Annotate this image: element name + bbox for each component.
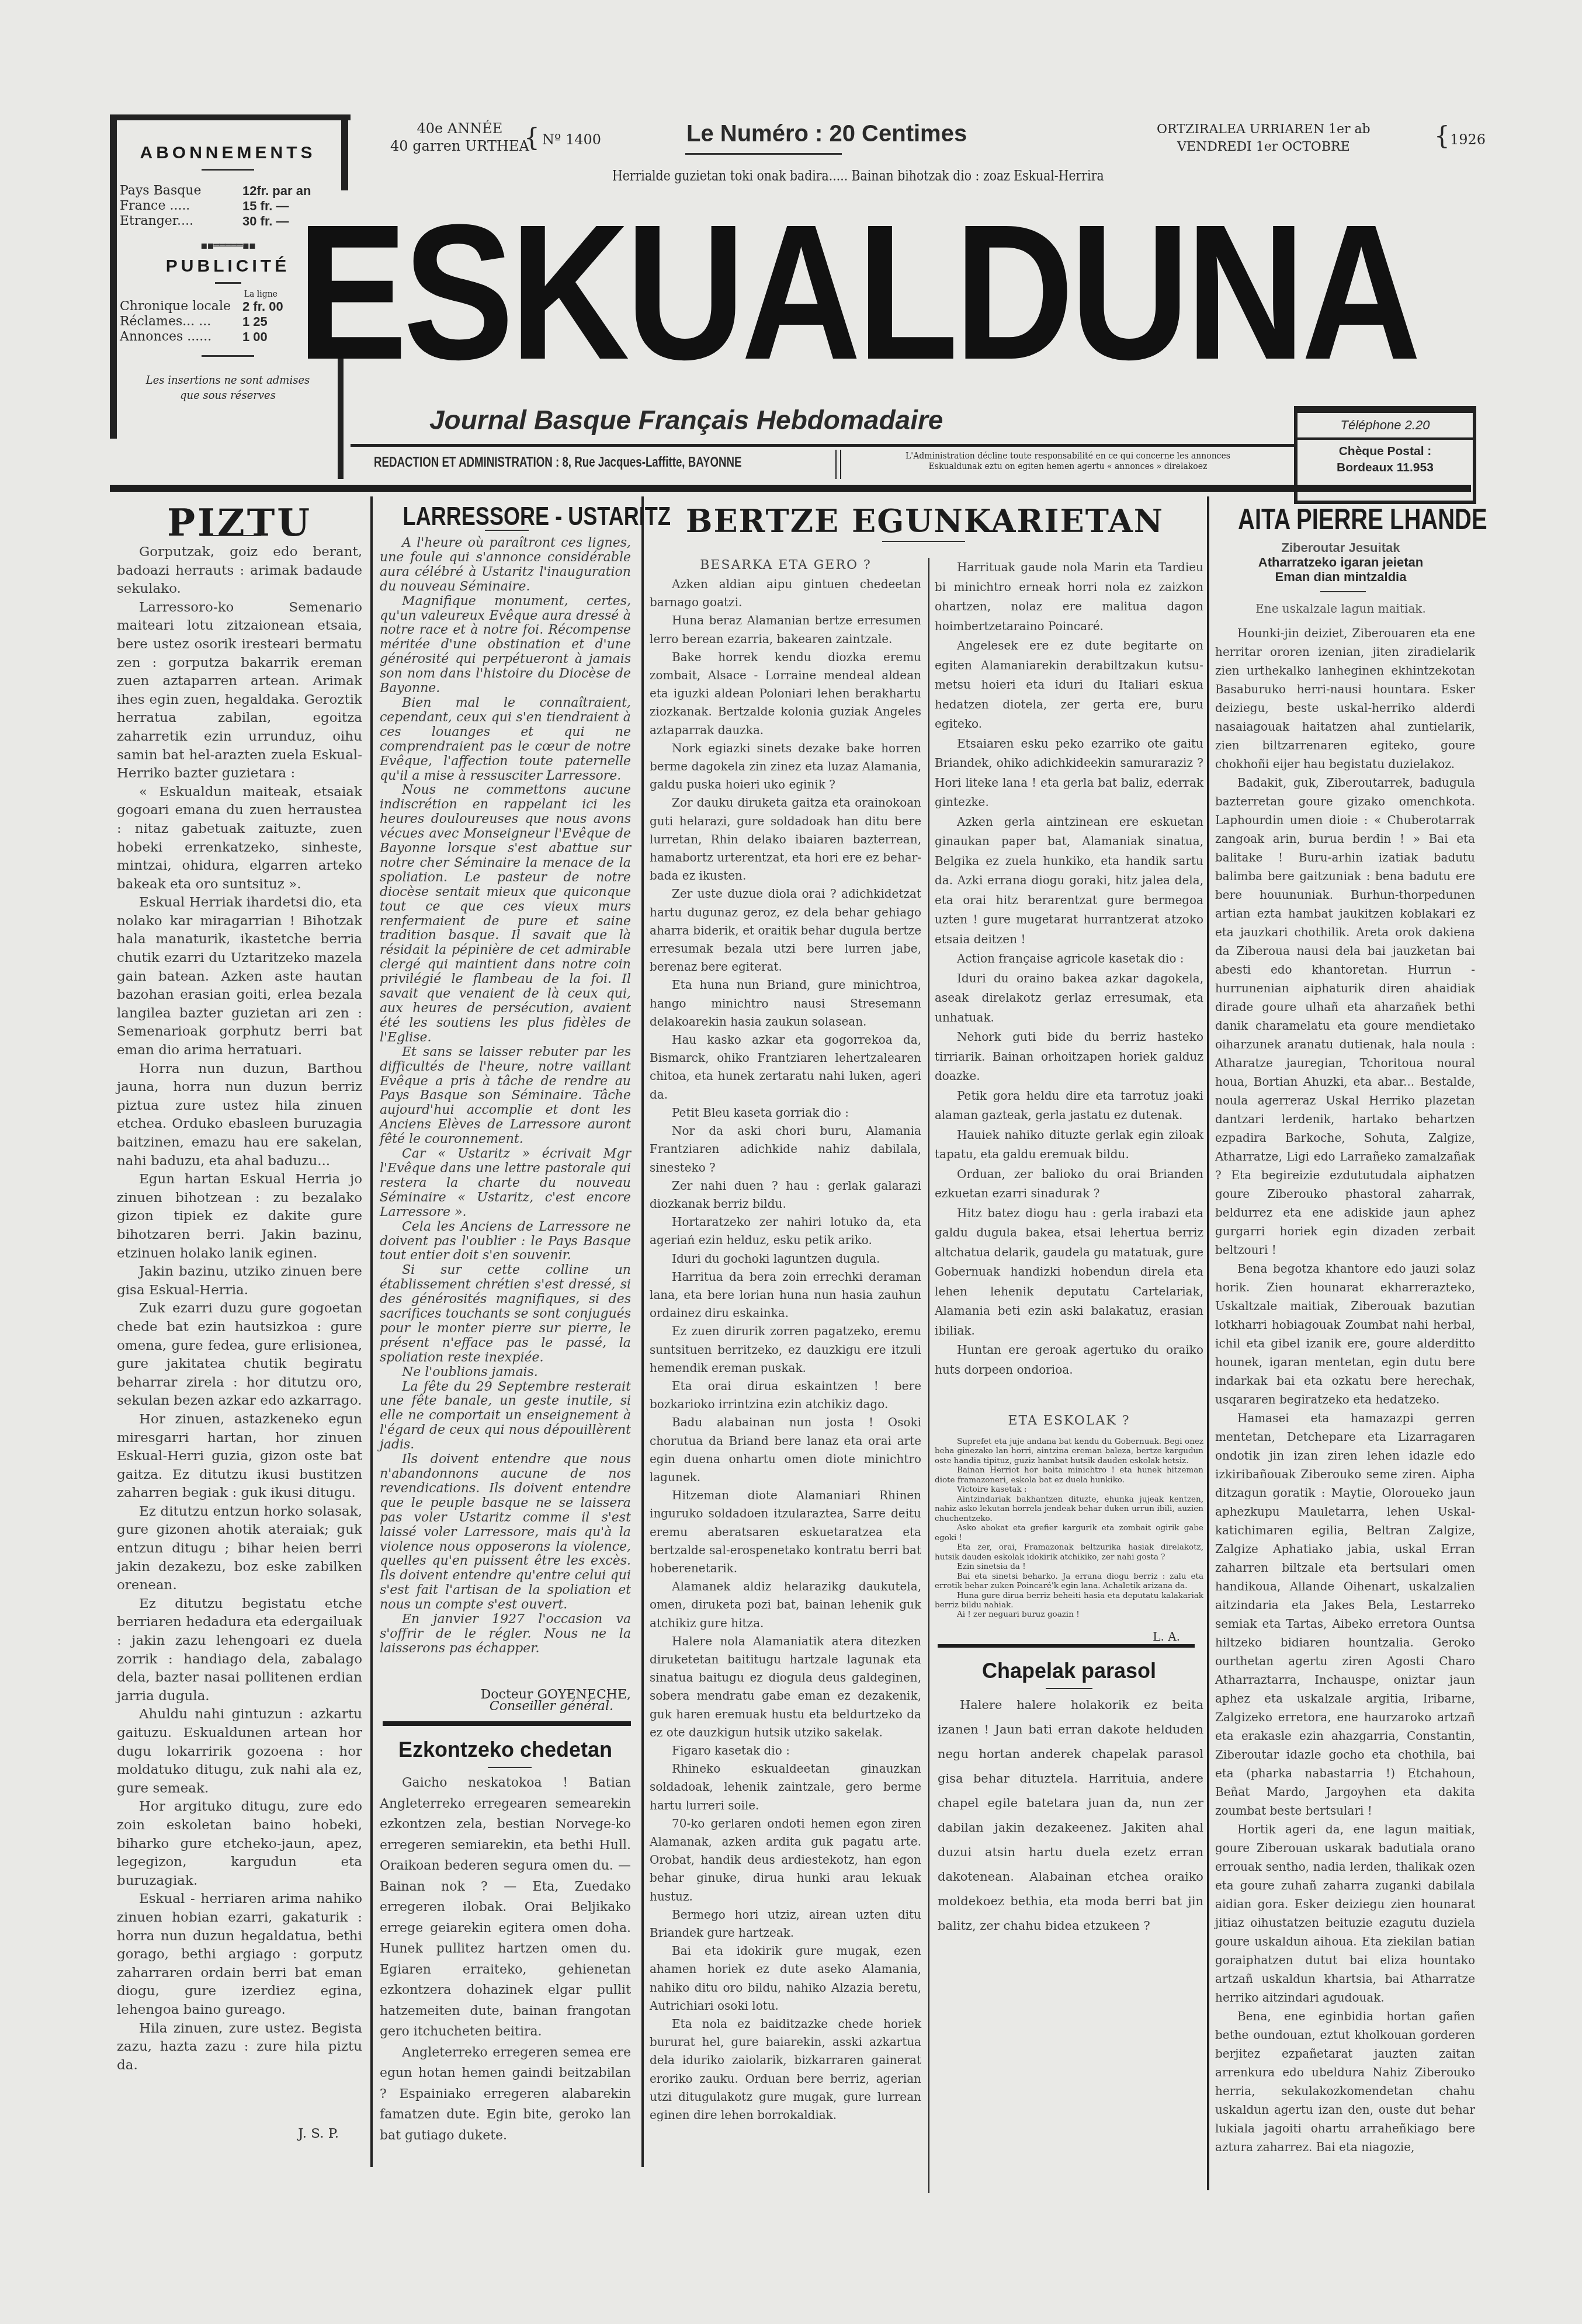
article-body-lhande: Hounki-jin deiziet, Ziberouaren eta ene … <box>1215 624 1475 2156</box>
cheque-value: Bordeaux 11.953 <box>1297 460 1473 476</box>
section-rule <box>383 1721 631 1726</box>
paragraph: Si sur cette colline un établissement ch… <box>380 1263 631 1365</box>
divider <box>1320 591 1366 592</box>
paragraph: Zuk ezarri duzu gure gogoetan chede bat … <box>117 1300 362 1411</box>
paragraph: Orduan, zer balioko du orai Brianden ezk… <box>935 1165 1203 1204</box>
paragraph: Gorputzak, goiz edo berant, badoazi herr… <box>117 543 362 599</box>
price: Le Numéro : 20 Centimes <box>686 121 967 147</box>
paragraph: Rhineko eskualdeetan ginauzkan soldadoak… <box>650 1760 921 1815</box>
paragraph: Azken gerla aintzinean ere eskuetan gina… <box>935 812 1203 950</box>
paragraph: Ne l'oublions jamais. <box>380 1366 631 1380</box>
paragraph: Badakit, guk, Ziberoutarrek, badugula ba… <box>1215 773 1475 1259</box>
article-body-eskolak: Suprefet eta juje andana bat kendu du Go… <box>935 1437 1203 1620</box>
divider <box>202 355 254 357</box>
paragraph: Petit Bleu kaseta gorriak dio : <box>650 1104 921 1122</box>
rate-price: 1 00 <box>242 329 268 345</box>
rate-label: Réclames... ... <box>120 314 237 329</box>
paragraph: Bake horrek kendu diozka eremu zombait, … <box>650 648 921 739</box>
paragraph: Bermego hori utziz, airean uzten ditu Br… <box>650 1906 921 1942</box>
column-rule <box>641 496 644 2167</box>
signature-piztu: J. S. P. <box>117 2126 339 2141</box>
telephone: Téléphone 2.20 <box>1297 413 1473 440</box>
postal-cheque: Chèque Postal : Bordeaux 11.953 <box>1297 440 1473 476</box>
paragraph: Aintzindariak bakhantzen dituzte, ehunka… <box>935 1495 1203 1523</box>
section-eskolak: ETA ESKOLAK ? <box>935 1413 1203 1428</box>
paragraph: Hitzeman diote Alamaniari Rhinen inguruk… <box>650 1486 921 1578</box>
rate-label: Pays Basque <box>120 183 237 199</box>
rate-label: France ..... <box>120 199 237 214</box>
paragraph: Eskual Herriak ihardetsi dio, eta nolako… <box>117 894 362 1059</box>
divider <box>200 535 261 536</box>
paragraph: Asko abokat eta grefier kargurik eta zom… <box>935 1523 1203 1543</box>
signature-title: Conseiller général. <box>380 1701 631 1712</box>
article-title-piztu: PIZTU <box>111 501 368 545</box>
brace: { <box>524 121 540 154</box>
paragraph: Ezin sinetsia da ! <box>935 1562 1203 1571</box>
article-body-piztu: Gorputzak, goiz edo berant, badoazi herr… <box>117 543 362 2075</box>
disclaimer: L'Administration décline toute responsab… <box>846 451 1290 472</box>
paragraph: Bai eta sinetsi beharko. Ja errana diogu… <box>935 1572 1203 1591</box>
paragraph: Huna gure dirua berriz beheiti hasia eta… <box>935 1591 1203 1610</box>
article-title-bertze: BERTZE EGUNKARIETAN <box>647 502 1202 540</box>
year-fr: 40e ANNÉE <box>390 120 529 137</box>
paragraph: Ez zuen dirurik zorren pagatzeko, eremu … <box>650 1322 921 1377</box>
paragraph: 70-ko gerlaren ondoti hemen egon ziren A… <box>650 1815 921 1906</box>
paragraph: Eta orai dirua eskaintzen ! bere bozkari… <box>650 1377 921 1413</box>
rate-label: Annonces ...... <box>120 329 237 345</box>
paragraph: Harrituak gaude nola Marin eta Tardieu b… <box>935 558 1203 636</box>
paragraph: Azken aldian aipu gintuen chedeetan barn… <box>650 575 921 612</box>
divider <box>485 530 529 531</box>
paragraph: Nor da aski chori buru, Alamania Frantzi… <box>650 1122 921 1177</box>
paragraph: Et sans se laisser rebuter par les diffi… <box>380 1045 631 1147</box>
paragraph: Etsaiaren esku peko ezarriko ote gaitu B… <box>935 734 1203 812</box>
subtitle-line: Atharratzeko igaran jeietan <box>1212 555 1469 569</box>
disclaimer-fr: L'Administration décline toute responsab… <box>846 451 1290 461</box>
paragraph: Angelesek ere ez dute begitarte on egite… <box>935 636 1203 734</box>
paragraph: Nous ne commettons aucune indiscrétion e… <box>380 783 631 1045</box>
paragraph: Ils doivent entendre que nous n'abandonn… <box>380 1453 631 1613</box>
salutation: Ene uskalzale lagun maitiak. <box>1212 602 1469 616</box>
paragraph: Figaro kasetak dio : <box>650 1742 921 1760</box>
insertions-note: Les insertions ne sont admises que sous … <box>143 373 313 404</box>
divider <box>215 282 241 284</box>
paragraph: Hamasei eta hamazazpi gerren mentetan, D… <box>1215 1409 1475 1820</box>
paragraph: Halere halere holakorik ez beita izanen … <box>938 1693 1203 1938</box>
paragraph: Magnifique monument, certes, qu'un valeu… <box>380 595 631 696</box>
rate-label: Chronique locale <box>120 299 237 314</box>
paragraph: Horra nun duzun, Barthou jauna, horra nu… <box>117 1060 362 1171</box>
rate-label: Etranger.... <box>120 214 237 229</box>
paragraph: Eta nola ez baiditzazke chede horiek bur… <box>650 2015 921 2124</box>
year-eu: 40 garren URTHEA <box>390 137 529 155</box>
cheque-label: Chèque Postal : <box>1297 443 1473 460</box>
article-title-ezkontzeko: Ezkontzeko chedetan <box>380 1738 631 1762</box>
masthead-bottom-rule <box>110 485 1471 492</box>
paragraph: Bena, ene eginbidia hortan gañen bethe o… <box>1215 2007 1475 2156</box>
issue-number: Nº 1400 <box>542 131 601 148</box>
divider <box>202 169 254 171</box>
article-body-bertze-col1: Azken aldian aipu gintuen chedeetan barn… <box>650 575 921 2124</box>
newspaper-subtitle: Journal Basque Français Hebdomadaire <box>429 404 943 436</box>
paragraph: Zer uste duzue diola orai ? adichkidetza… <box>650 885 921 976</box>
paragraph: Bien mal le connaîtraient, cependant, ce… <box>380 696 631 783</box>
article-body-larressore: A l'heure où paraîtront ces lignes, une … <box>380 536 631 1656</box>
section-besarka: BESARKA ETA GERO ? <box>648 558 923 572</box>
paragraph: Bai eta idokirik gure mugak, ezen ahamen… <box>650 1942 921 2015</box>
column-rule <box>1207 496 1209 2190</box>
issue-date: ORTZIRALEA URRIAREN 1er ab VENDREDI 1er … <box>1157 121 1371 156</box>
paragraph: Action française agricole kasetak dio : <box>935 949 1203 969</box>
paragraph: A l'heure où paraîtront ces lignes, une … <box>380 536 631 595</box>
paragraph: Ez ditutzu entzun horko solasak, gure gi… <box>117 1503 362 1595</box>
paragraph: Petik gora heldu dire eta tarrotuz joaki… <box>935 1086 1203 1125</box>
paragraph: Bena begotza khantore edo jauzi solaz ho… <box>1215 1259 1475 1409</box>
paragraph: Hortaratzeko zer nahiri lotuko da, eta a… <box>650 1213 921 1249</box>
motto: Herrialde guzietan toki onak badira.....… <box>612 168 1104 184</box>
paragraph: Eta huna nun Briand, gure minichtroa, ha… <box>650 976 921 1031</box>
disclaimer-eu: Eskualdunak eztu on egiten hemen agertu … <box>846 461 1290 472</box>
subtitle-line: Eman dian mintzaldia <box>1212 569 1469 584</box>
paragraph: Gaicho neskatokoa ! Batian Angleterreko … <box>380 1773 631 2042</box>
rule <box>351 444 1294 447</box>
column-rule <box>370 496 373 2167</box>
date-eu: ORTZIRALEA URRIAREN 1er ab <box>1157 121 1371 138</box>
brace: { <box>1434 120 1450 152</box>
rate-price: 30 fr. — <box>242 214 289 229</box>
paragraph: « Eskualdun maiteak, etsaiak gogoari ema… <box>117 783 362 894</box>
paragraph: Larressoro-ko Semenario maiteari lotu zi… <box>117 599 362 783</box>
paragraph: Bainan Herriot hor baita minichtro ! eta… <box>935 1465 1203 1485</box>
paragraph: Car « Ustaritz » écrivait Mgr l'Evêque d… <box>380 1147 631 1220</box>
section-rule <box>938 1644 1195 1648</box>
article-title-chapelak: Chapelak parasol <box>935 1659 1203 1683</box>
paragraph: Zer nahi duen ? hau : gerlak galarazi di… <box>650 1177 921 1213</box>
redaction-address: REDACTION ET ADMINISTRATION : 8, Rue Jac… <box>374 454 742 471</box>
paragraph: Eskual - herriaren arima nahiko zinuen h… <box>117 1890 362 2019</box>
divider <box>1046 1688 1092 1689</box>
divider <box>488 1767 532 1768</box>
paragraph: La fête du 29 Septembre resterait une fê… <box>380 1380 631 1453</box>
paragraph: Badu alabainan nun josta ! Osoki chorutu… <box>650 1413 921 1486</box>
paragraph: Ez ditutzu begistatu etche berriaren hed… <box>117 1595 362 1706</box>
paragraph: En janvier 1927 l'occasion va s'offrir d… <box>380 1613 631 1656</box>
article-body-ezkontzeko: Gaicho neskatokoa ! Batian Angleterreko … <box>380 1773 631 2146</box>
paragraph: Hor zinuen, astazkeneko egun miresgarri … <box>117 1411 362 1503</box>
rate-price: 15 fr. — <box>242 199 289 214</box>
paragraph: Egun hartan Eskual Herria jo zinuen biho… <box>117 1170 362 1263</box>
paragraph: Harritua da bera zoin errechki deraman l… <box>650 1268 921 1323</box>
paragraph: Suprefet eta juje andana bat kendu du Go… <box>935 1437 1203 1465</box>
date-fr: VENDREDI 1er OCTOBRE <box>1157 138 1371 156</box>
paragraph: Hortik ageri da, ene lagun maitiak, gour… <box>1215 1820 1475 2007</box>
newspaper-title: ESKUALDUNA <box>297 196 1417 388</box>
signature-larressore: Docteur GOYENECHE, Conseiller général. <box>380 1689 631 1712</box>
paragraph: Halere nola Alamaniatik atera ditezken d… <box>650 1632 921 1742</box>
article-body-bertze-col2: Harrituak gaude nola Marin eta Tardieu b… <box>935 558 1203 1380</box>
paragraph: Jakin bazinu, utziko zinuen bere gisa Es… <box>117 1263 362 1300</box>
paragraph: Cela les Anciens de Larressore ne doiven… <box>380 1220 631 1264</box>
divider <box>882 541 965 542</box>
paragraph: Hau kasko azkar eta gogorrekoa da, Bisma… <box>650 1031 921 1104</box>
paragraph: Zor dauku diruketa gaitza eta orainokoan… <box>650 794 921 885</box>
article-title-larressore: LARRESSORE - USTARITZ <box>403 502 614 532</box>
paragraph: Ai ! zer neguari buruz goazin ! <box>935 1610 1203 1619</box>
article-body-chapelak: Halere halere holakorik ez beita izanen … <box>938 1693 1203 1938</box>
paragraph: Hila zinuen, zure ustez. Begista zazu, h… <box>117 2020 362 2075</box>
paragraph: Iduri du oraino bakea azkar dagokela, as… <box>935 969 1203 1028</box>
paragraph: Hauiek nahiko dituzte gerlak egin ziloak… <box>935 1125 1203 1165</box>
signature-bertze: L. A. <box>935 1630 1180 1644</box>
column-rule <box>928 558 929 2193</box>
price-underline <box>685 153 842 155</box>
paragraph: Ahuldu nahi gintuzun : azkartu gaituzu. … <box>117 1705 362 1798</box>
edition-year: 40e ANNÉE 40 garren URTHEA <box>390 120 529 155</box>
rate-price: 2 fr. 00 <box>242 299 283 314</box>
paragraph: Eta zer, orai, Framazonak beltzurika has… <box>935 1543 1203 1562</box>
paragraph: Hounki-jin deiziet, Ziberouaren eta ene … <box>1215 624 1475 773</box>
paragraph: Angleterreko erregeren semea ere egun ho… <box>380 2042 631 2146</box>
paragraph: Nork egiazki sinets dezake bake horren b… <box>650 739 921 794</box>
paragraph: Hitz batez diogu hau : gerla irabazi eta… <box>935 1204 1203 1341</box>
divider <box>835 450 841 479</box>
paragraph: Hor argituko ditugu, zure edo zoin eskol… <box>117 1798 362 1890</box>
date-year: 1926 <box>1450 131 1486 148</box>
subscriptions-heading: ABONNEMENTS <box>120 143 336 163</box>
rate-price: 1 25 <box>242 314 268 329</box>
paragraph: Victoire kasetak : <box>935 1485 1203 1494</box>
article-subtitle-lhande: Ziberoutar JesuitakAtharratzeko igaran j… <box>1212 540 1469 584</box>
paragraph: Nehork guti bide du berriz hasteko tirri… <box>935 1027 1203 1086</box>
article-title-lhande: AITA PIERRE LHANDE <box>1238 502 1444 536</box>
subtitle-line: Ziberoutar Jesuitak <box>1212 540 1469 555</box>
paragraph: Iduri du gochoki laguntzen dugula. <box>650 1250 921 1268</box>
paragraph: Huntan ere geroak agertuko du oraiko hut… <box>935 1340 1203 1380</box>
paragraph: Huna beraz Alamanian bertze erresumen le… <box>650 612 921 648</box>
paragraph: Alamanek aldiz helarazikg daukutela, ome… <box>650 1578 921 1632</box>
box-border <box>341 114 348 190</box>
